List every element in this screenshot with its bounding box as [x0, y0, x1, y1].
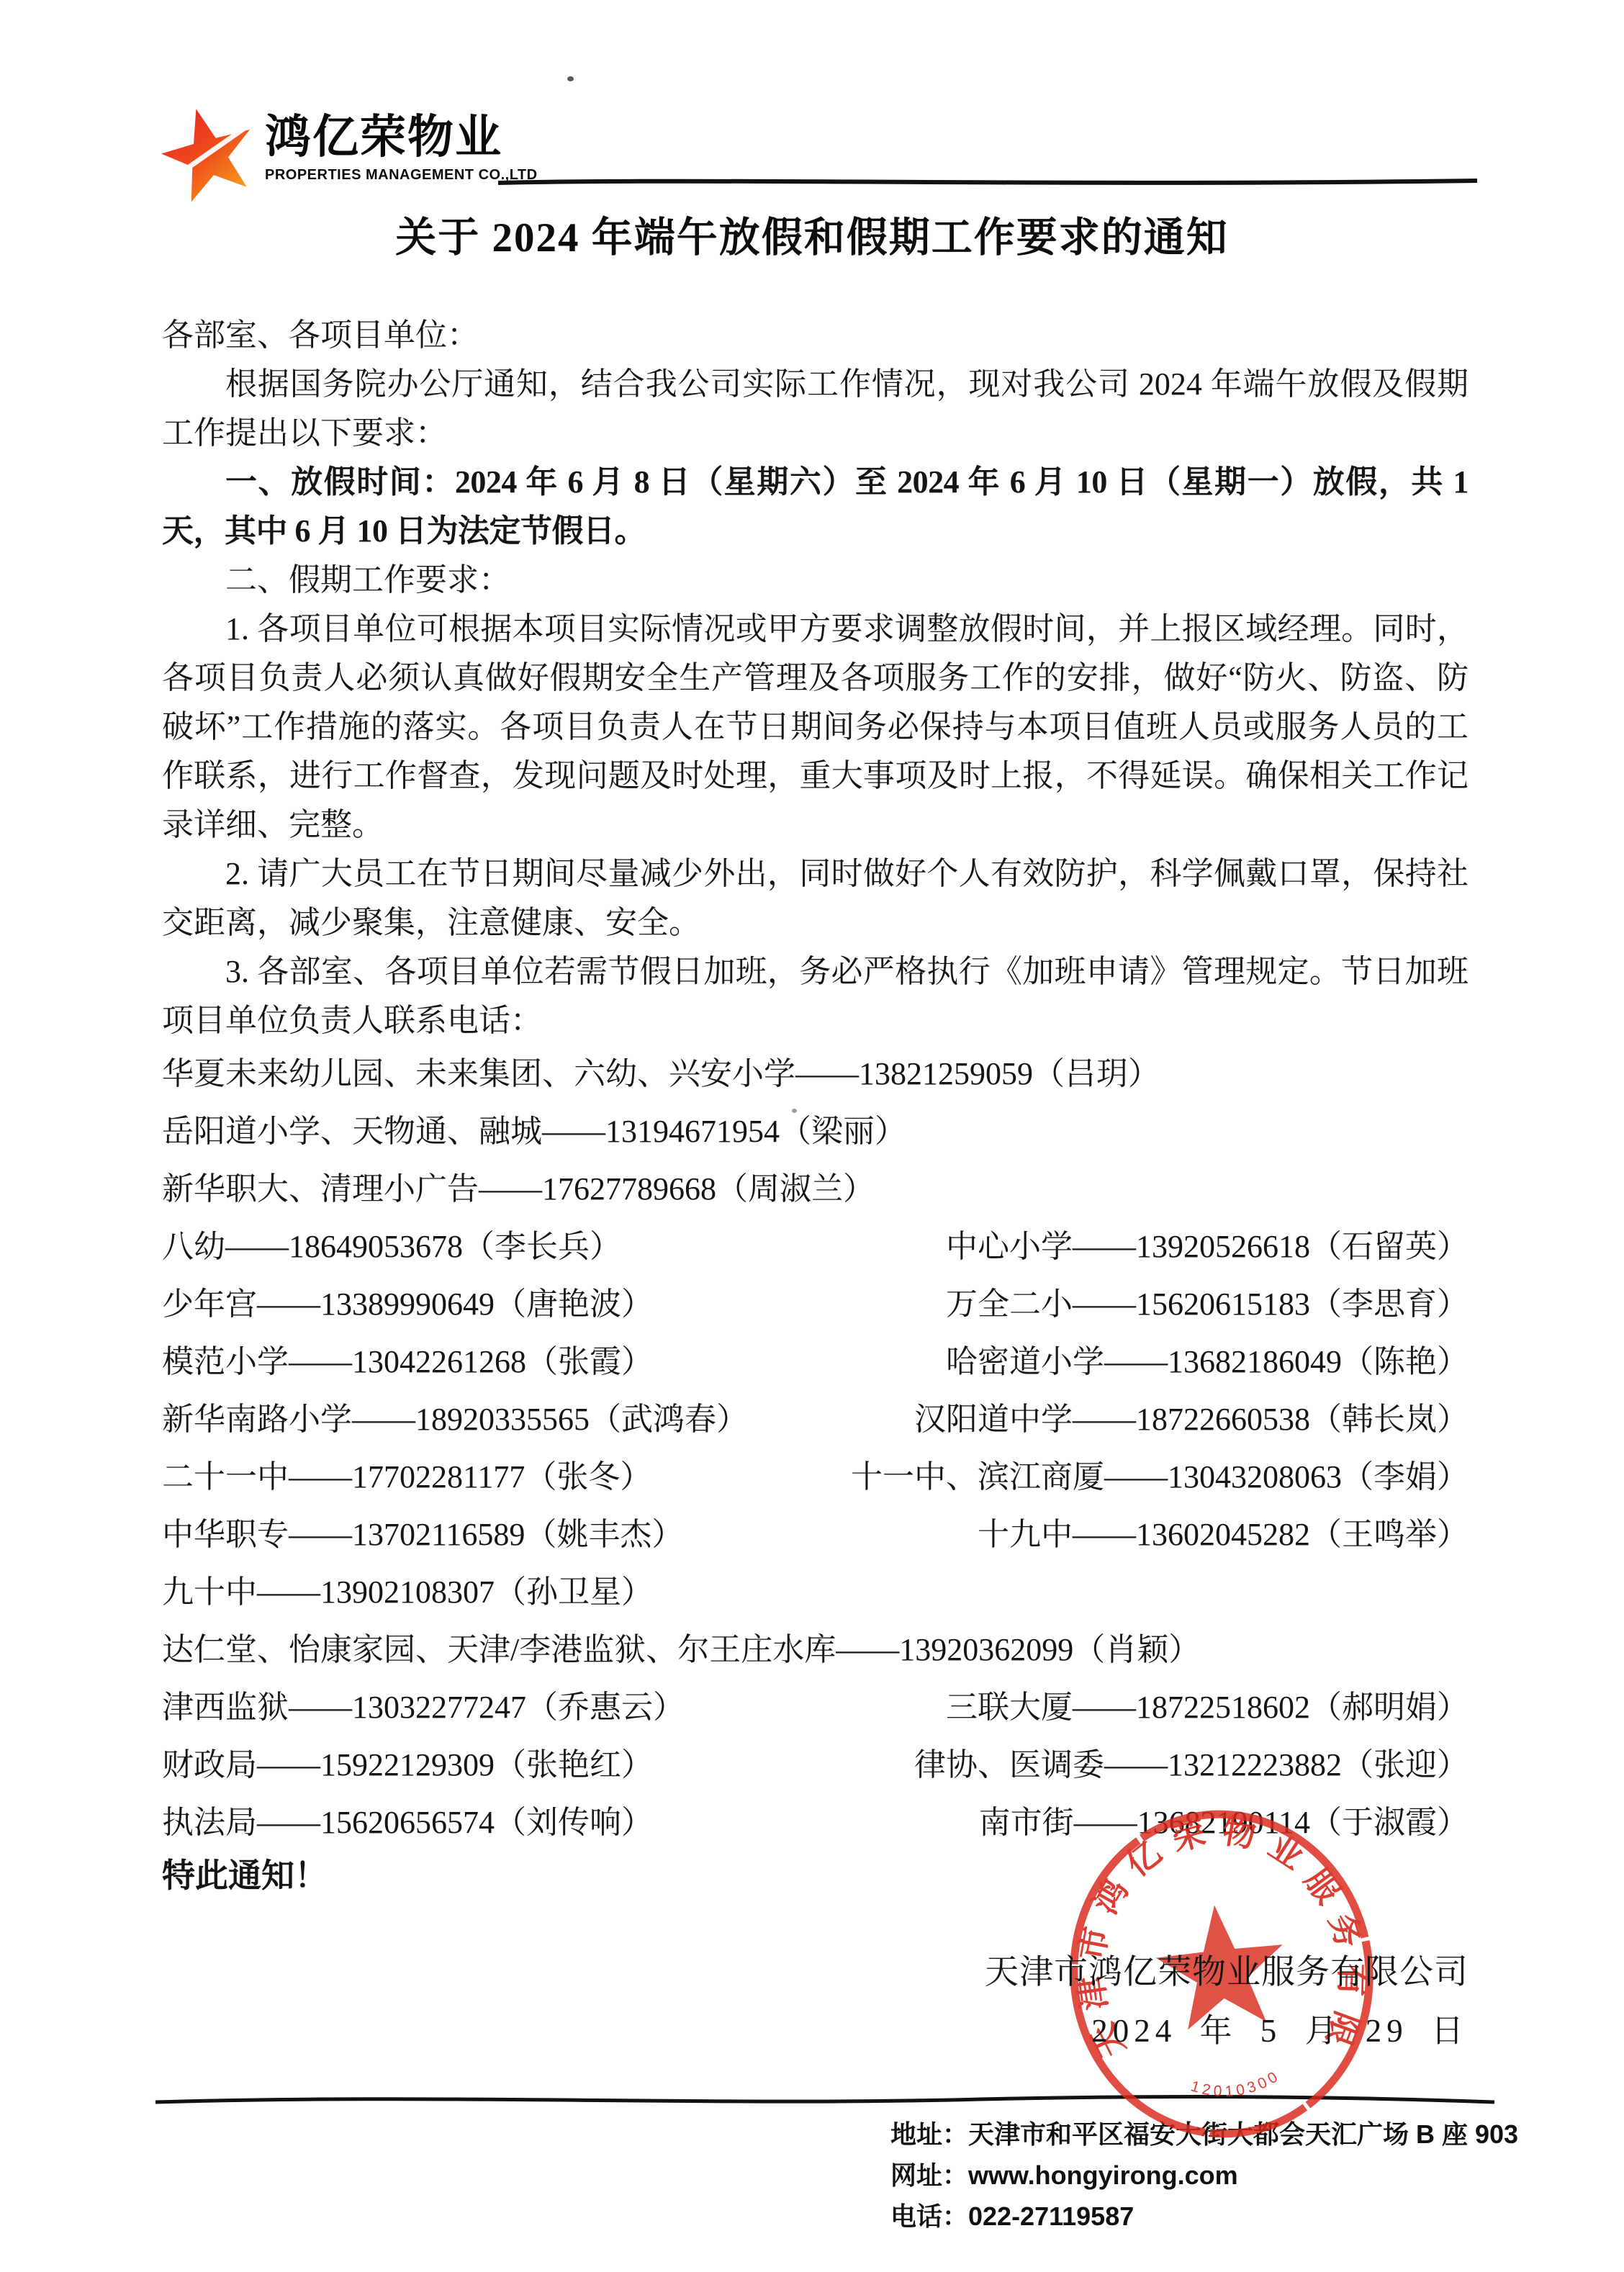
- contact-row: 八幼——18649053678（李长兵） 中心小学——13920526618（石…: [162, 1218, 1469, 1276]
- section1-holiday-time: 一、放假时间：2024 年 6 月 8 日（星期六）至 2024 年 6 月 1…: [162, 458, 1469, 556]
- footer-website: 网址：www.hongyirong.com: [890, 2155, 1518, 2196]
- contact-entry: 万全二小——15620615183（李思育）: [946, 1276, 1469, 1333]
- intro-paragraph: 根据国务院办公厅通知，结合我公司实际工作情况，现对我公司 2024 年端午放假及…: [162, 360, 1469, 458]
- contact-row: 津西监狱——13032277247（乔惠云） 三联大厦——18722518602…: [162, 1679, 1469, 1736]
- contact-entry: 财政局——15922129309（张艳红）: [162, 1736, 653, 1794]
- notice-document-page: 鸿亿荣物业 PROPERTIES MANAGEMENT CO.,LTD 关于 2…: [0, 0, 1624, 2272]
- contact-row: 达仁堂、怡康家园、天津/李港监狱、尔王庄水库——13920362099（肖颖）: [162, 1621, 1469, 1679]
- contact-row: 财政局——15922129309（张艳红） 律协、医调委——1321222388…: [162, 1736, 1469, 1794]
- header-rule-line: [497, 176, 1479, 189]
- contact-entry: 达仁堂、怡康家园、天津/李港监狱、尔王庄水库——13920362099（肖颖）: [162, 1621, 1200, 1679]
- contact-row: 新华职大、清理小广告——17627789668（周淑兰）: [162, 1160, 1469, 1218]
- contact-entry: 新华南路小学——18920335565（武鸿春）: [162, 1391, 748, 1448]
- contact-row: 二十一中——17702281177（张冬） 十一中、滨江商厦——13043208…: [162, 1448, 1469, 1506]
- contact-entry: 执法局——15620656574（刘传响）: [162, 1794, 653, 1852]
- contact-entry: 模范小学——13042261268（张霞）: [162, 1333, 653, 1391]
- contact-row: 华夏未来幼儿园、未来集团、六幼、兴安小学——13821259059（吕玥）: [162, 1045, 1469, 1103]
- contact-row: 中华职专——13702116589（姚丰杰） 十九中——13602045282（…: [162, 1506, 1469, 1564]
- contact-row: 九十中——13902108307（孙卫星）: [162, 1564, 1469, 1621]
- contact-entry: 十九中——13602045282（王鸣举）: [978, 1506, 1469, 1564]
- contact-entry: 律协、医调委——13212223882（张迎）: [914, 1736, 1469, 1794]
- contact-entry: 三联大厦——18722518602（郝明娟）: [946, 1679, 1469, 1736]
- contact-entry: 津西监狱——13032277247（乔惠云）: [162, 1679, 685, 1736]
- requirement-3: 3. 各部室、各项目单位若需节假日加班，务必严格执行《加班申请》管理规定。节日加…: [162, 947, 1469, 1045]
- signature-date: 2024 年 5 月 29 日: [162, 2011, 1469, 2050]
- document-body: 各部室、各项目单位： 根据国务院办公厅通知，结合我公司实际工作情况，现对我公司 …: [162, 311, 1469, 1901]
- contact-row: 少年宫——13389990649（唐艳波） 万全二小——15620615183（…: [162, 1276, 1469, 1333]
- contact-entry: 新华职大、清理小广告——17627789668（周淑兰）: [162, 1160, 875, 1218]
- contact-row: 新华南路小学——18920335565（武鸿春） 汉阳道中学——18722660…: [162, 1391, 1469, 1448]
- contact-entry: 华夏未来幼儿园、未来集团、六幼、兴安小学——13821259059（吕玥）: [162, 1045, 1160, 1103]
- requirement-1: 1. 各项目单位可根据本项目实际情况或甲方要求调整放假时间，并上报区域经理。同时…: [162, 605, 1469, 849]
- contact-row: 模范小学——13042261268（张霞） 哈密道小学——13682186049…: [162, 1333, 1469, 1391]
- footer-phone: 电话：022-27119587: [890, 2196, 1518, 2237]
- contact-entry: 岳阳道小学、天物通、融城——13194671954（梁丽）: [162, 1103, 906, 1160]
- requirement-2: 2. 请广大员工在节日期间尽量减少外出，同时做好个人有效防护，科学佩戴口罩，保持…: [162, 849, 1469, 947]
- section2-heading: 二、假期工作要求：: [162, 556, 1469, 605]
- contact-entry: 八幼——18649053678（李长兵）: [162, 1218, 621, 1276]
- contact-entry: 十一中、滨江商厦——13043208063（李娟）: [851, 1448, 1469, 1506]
- company-star-logo-icon: [160, 95, 261, 217]
- page-title: 关于 2024 年端午放假和假期工作要求的通知: [0, 204, 1624, 263]
- signature-block: 天津市鸿亿荣物业服务有限公司 2024 年 5 月 29 日: [162, 1952, 1469, 2050]
- contact-row: 岳阳道小学、天物通、融城——13194671954（梁丽）: [162, 1103, 1469, 1160]
- logo-text-block: 鸿亿荣物业 PROPERTIES MANAGEMENT CO.,LTD: [265, 114, 538, 184]
- scan-speck: [567, 76, 574, 81]
- contact-entry: 中心小学——13920526618（石留英）: [946, 1218, 1469, 1276]
- contact-entry: 少年宫——13389990649（唐艳波）: [162, 1276, 653, 1333]
- salutation: 各部室、各项目单位：: [162, 311, 1469, 360]
- contact-entry: 二十一中——17702281177（张冬）: [162, 1448, 651, 1506]
- company-name-cn: 鸿亿荣物业: [265, 114, 538, 160]
- contact-entry: 中华职专——13702116589（姚丰杰）: [162, 1506, 683, 1564]
- contact-entry: 汉阳道中学——18722660538（韩长岚）: [914, 1391, 1469, 1448]
- signature-company: 天津市鸿亿荣物业服务有限公司: [162, 1952, 1469, 1993]
- contact-entry: 九十中——13902108307（孙卫星）: [162, 1564, 653, 1621]
- contact-entry: 哈密道小学——13682186049（陈艳）: [946, 1333, 1469, 1391]
